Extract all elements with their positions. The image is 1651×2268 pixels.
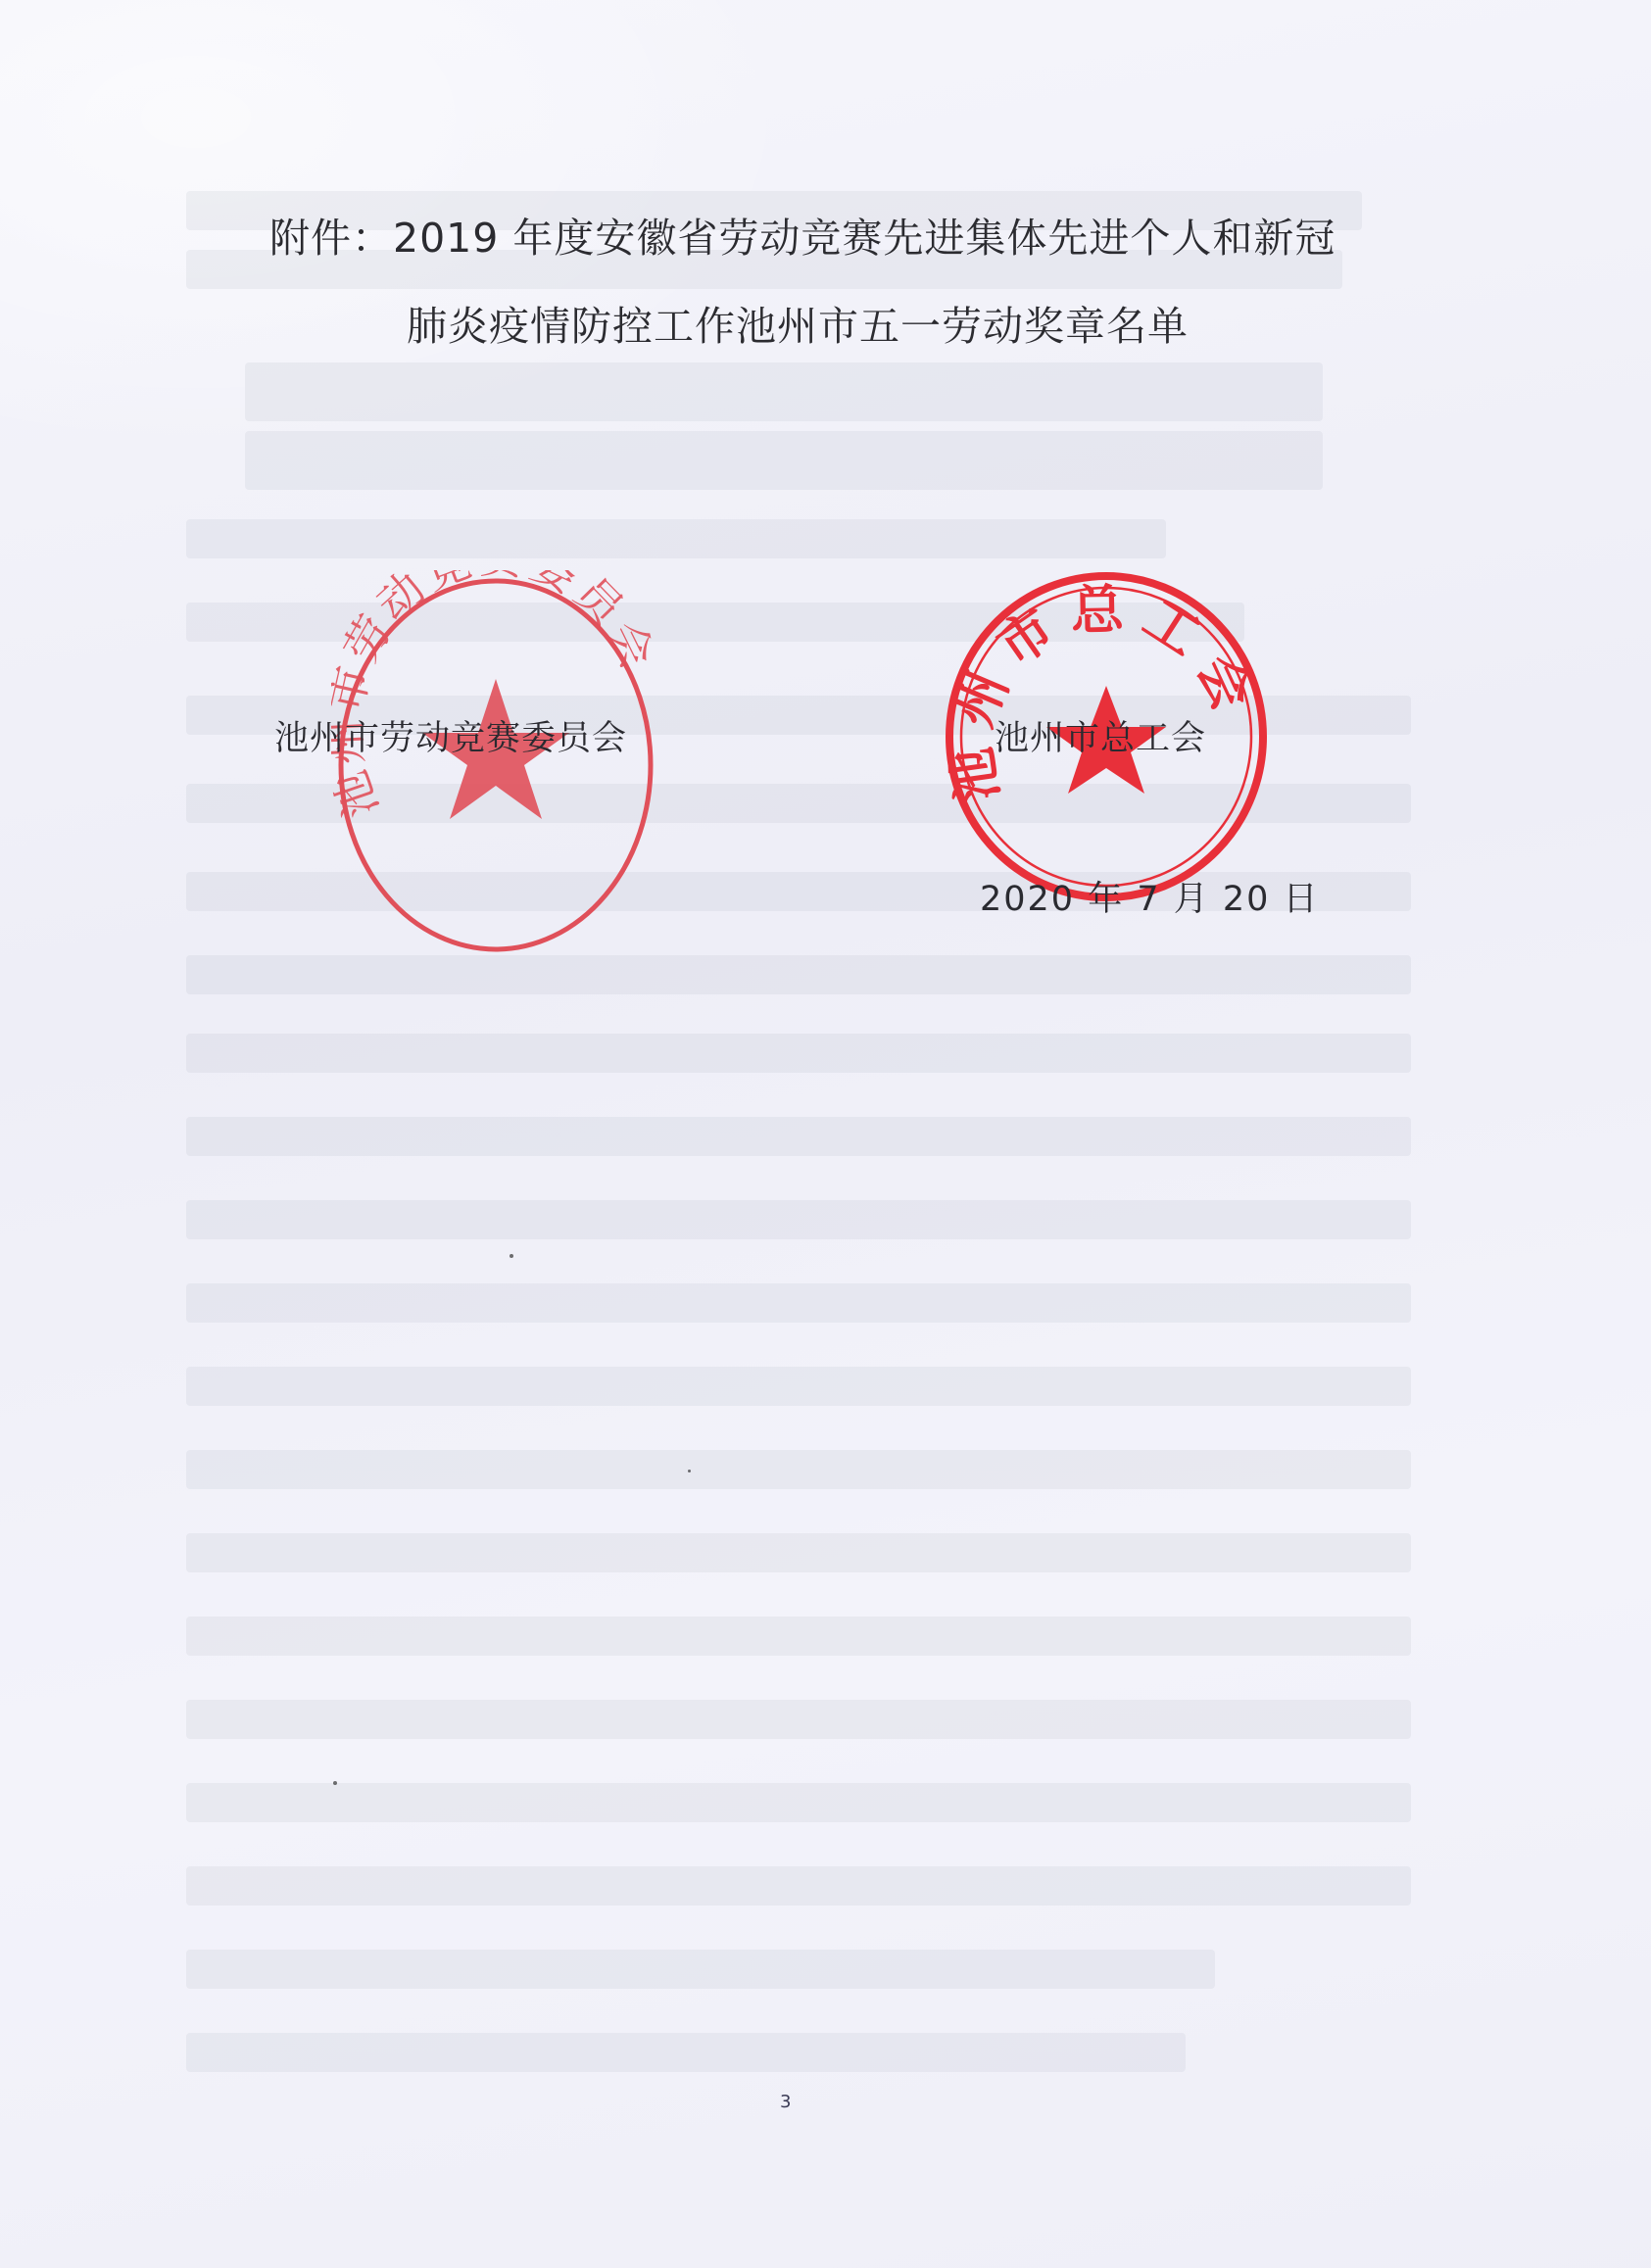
page-number: 3 [780,2092,791,2112]
scan-speck [333,1781,337,1785]
signer-federation-of-trade-unions: 池州市总工会 [995,711,1206,760]
issue-date: 2020 年 7 月 20 日 [980,872,1320,921]
document-title-line-2: 肺炎疫情防控工作池州市五一劳动奖章名单 [407,294,1189,352]
scan-speck [510,1254,513,1258]
official-seal-labor-competition-committee: 池州市劳动竞赛委员会 [331,570,660,960]
signer-labor-competition-committee: 池州市劳动竞赛委员会 [274,711,627,760]
document-title-line-1: 附件：2019 年度安徽省劳动竞赛先进集体先进个人和新冠 [269,206,1335,264]
scan-speck [688,1470,691,1472]
